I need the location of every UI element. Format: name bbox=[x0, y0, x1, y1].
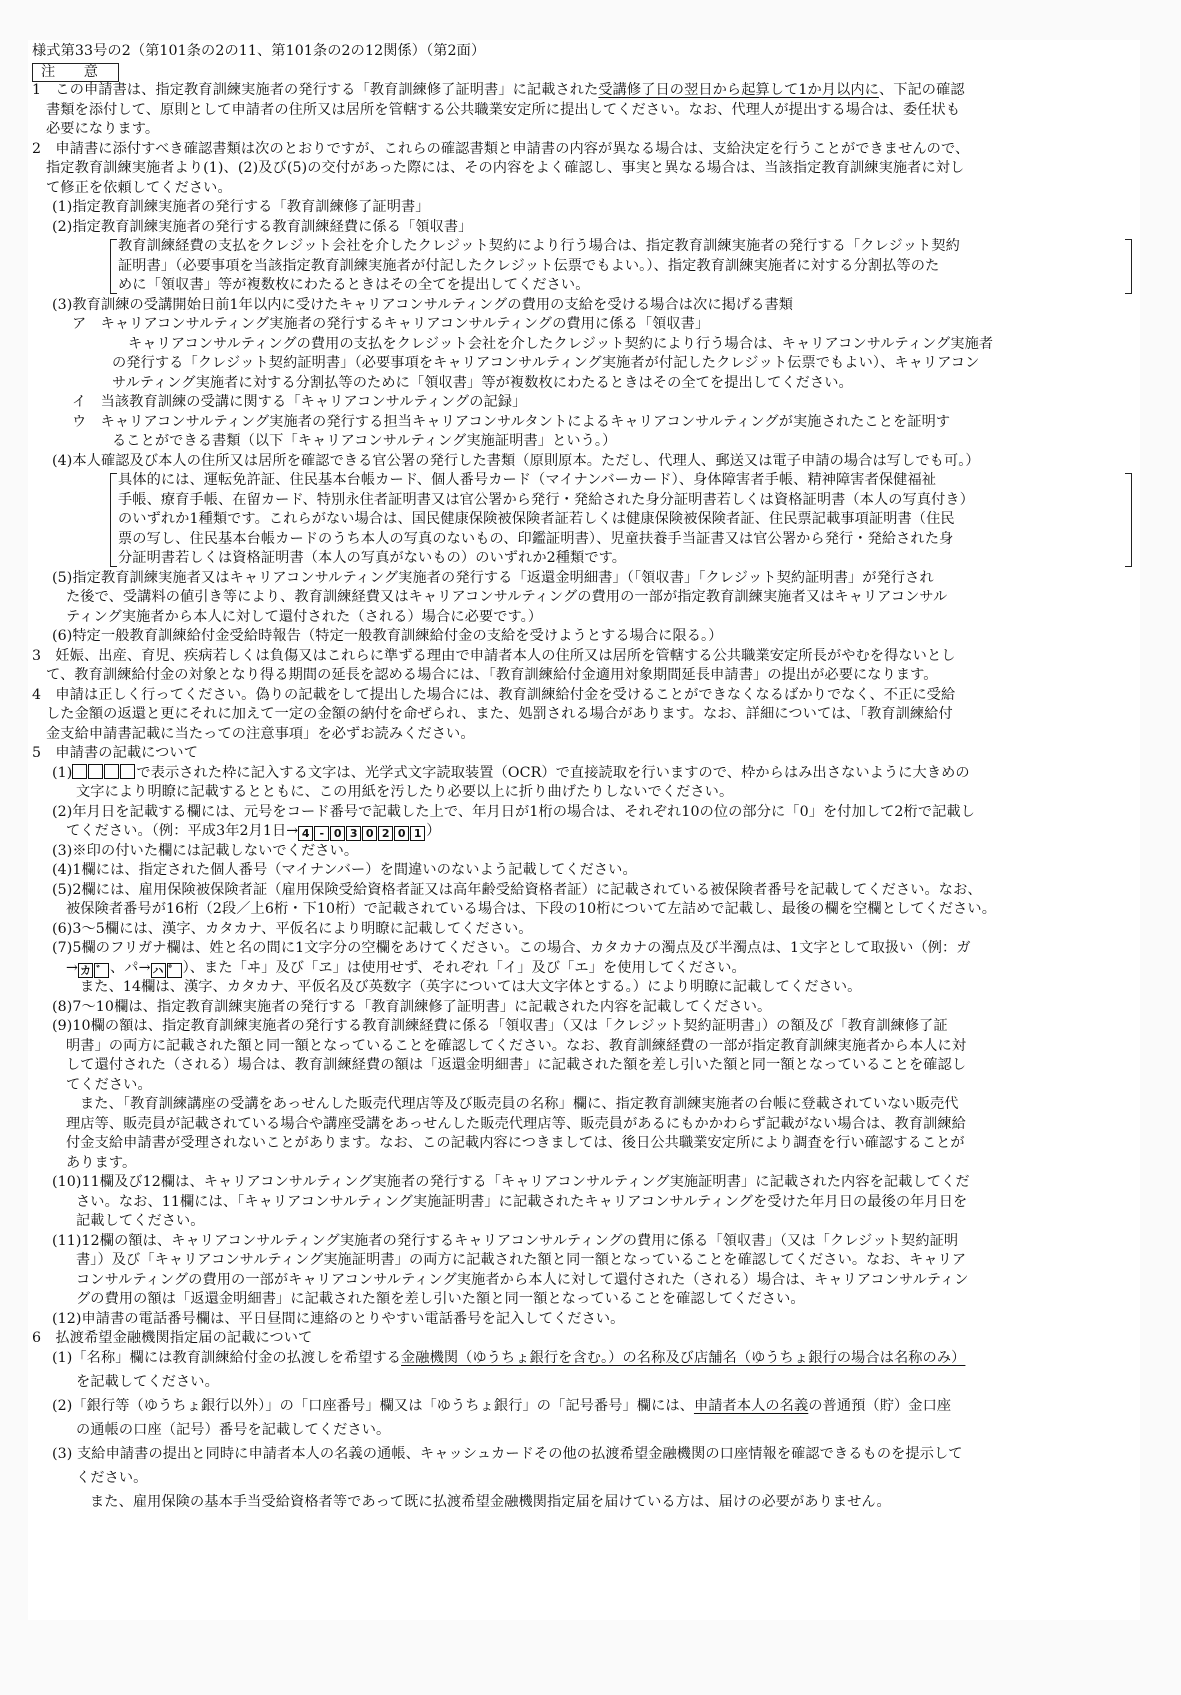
section2-item2-note: 教育訓練経費の支払をクレジット会社を介したクレジット契約により行う場合は、指定教… bbox=[118, 237, 1122, 296]
section5-item8: (8)7～10欄は、指定教育訓練実施者の発行する「教育訓練修了証明書」に記載され… bbox=[32, 998, 1136, 1018]
ocr-box-sample bbox=[72, 765, 136, 781]
section5-item2: (2)年月日を記載する欄には、元号をコード番号で記載した上で、年月日が1桁の場合… bbox=[32, 803, 1136, 823]
section2-item5: (5)指定教育訓練実施者又はキャリアコンサルティング実施者の発行する「返還金明細… bbox=[32, 569, 1136, 589]
section2-item6: (6)特定一般教育訓練給付金受給時報告（特定一般教育訓練給付金の支給を受けようと… bbox=[32, 627, 1136, 647]
section2-item3-a: ア キャリアコンサルティング実施者の発行するキャリアコンサルティングの費用に係る… bbox=[32, 315, 1136, 335]
section6-item1: (1)「名称」欄には教育訓練給付金の払渡しを希望する金融機関（ゆうちょ銀行を含む… bbox=[32, 1349, 1136, 1373]
section5-item7: (7)5欄のフリガナ欄は、姓と名の間に1文字分の空欄をあけてください。この場合、… bbox=[32, 939, 1136, 959]
document-page: 様式第33号の2（第101条の2の11、第101条の2の12関係）（第2面） 注… bbox=[28, 40, 1140, 1620]
section2-item4: (4)本人確認及び本人の住所又は居所を確認できる官公署の発行した書類（原則原本。… bbox=[32, 452, 1136, 472]
section2-item2: (2)指定教育訓練実施者の発行する教育訓練経費に係る「領収書」 bbox=[32, 218, 1136, 238]
section6-item2: (2)「銀行等（ゆうちょ銀行以外）」の「口座番号」欄又は「ゆうちょ銀行」の「記号… bbox=[32, 1397, 1136, 1421]
form-title: 様式第33号の2（第101条の2の11、第101条の2の12関係）（第2面） bbox=[32, 42, 1136, 62]
section4-line1: 4 申請は正しく行ってください。偽りの記載をして提出した場合には、教育訓練給付金… bbox=[32, 686, 1136, 706]
section5-item6: (6)3～5欄には、漢字、カタカナ、平仮名により明瞭に記載してください。 bbox=[32, 920, 1136, 940]
section5-title: 5 申請書の記載について bbox=[32, 744, 1136, 764]
section1-line3: 必要になります。 bbox=[32, 120, 1136, 140]
section5-item9: (9)10欄の額は、指定教育訓練実施者の発行する教育訓練経費に係る「領収書」（又… bbox=[32, 1017, 1136, 1037]
section2-item3-u: ウ キャリアコンサルティング実施者の発行する担当キャリアコンサルタントによるキャ… bbox=[32, 413, 1136, 433]
section2-item3-i: イ 当該教育訓練の受講に関する「キャリアコンサルティングの記録」 bbox=[32, 393, 1136, 413]
section2-line3: て修正を依頼してください。 bbox=[32, 179, 1136, 199]
section2-line2: 指定教育訓練実施者より(1)、(2)及び(5)の交付があった際には、その内容をよ… bbox=[32, 159, 1136, 179]
section1-line2: 書類を添付して、原則として申請者の住所又は居所を管轄する公共職業安定所に提出して… bbox=[32, 101, 1136, 121]
section2-item1: (1)指定教育訓練実施者の発行する「教育訓練修了証明書」 bbox=[32, 198, 1136, 218]
section3-line1: 3 妊娠、出産、育児、疾病若しくは負傷又はこれらに準ずる理由で申請者本人の住所又… bbox=[32, 647, 1136, 667]
section5-item3: (3)※印の付いた欄には記載しないでください。 bbox=[32, 842, 1136, 862]
section2-line1: 2 申請書に添付すべき確認書類は次のとおりですが、これらの確認書類と申請書の内容… bbox=[32, 140, 1136, 160]
section1-line1: 1 この申請書は、指定教育訓練実施者の発行する「教育訓練修了証明書」に記載された… bbox=[32, 81, 1136, 101]
section5-item5: (5)2欄には、雇用保険被保険者証（雇用保険受給資格者証又は高年齢受給資格者証）… bbox=[32, 881, 1136, 901]
section3-line2: て、教育訓練給付金の対象となり得る期間の延長を認める場合には、「教育訓練給付金適… bbox=[32, 666, 1136, 686]
section6-item3: (3) 支給申請書の提出と同時に申請者本人の名義の通帳、キャッシュカードその他の… bbox=[32, 1445, 1136, 1469]
section6-title: 6 払渡希望金融機関指定届の記載について bbox=[32, 1329, 1136, 1349]
section2-item3: (3)教育訓練の受講開始日前1年以内に受けたキャリアコンサルティングの費用の支給… bbox=[32, 296, 1136, 316]
section5-item10: (10)11欄及び12欄は、キャリアコンサルティング実施者の発行する「キャリアコ… bbox=[32, 1173, 1136, 1193]
section5-item12: (12)申請書の電話番号欄は、平日昼間に連絡のとりやすい電話番号を記入してくださ… bbox=[32, 1310, 1136, 1330]
section2-item4-note: 具体的には、運転免許証、住民基本台帳カード、個人番号カード（マイナンバーカード）… bbox=[118, 471, 1122, 569]
notice-label: 注 意 bbox=[32, 63, 119, 82]
date-example-boxes: 4-030201 bbox=[298, 823, 426, 839]
deadline-underlined: 受講修了日の翌日から起算して1か月以内に bbox=[598, 82, 879, 98]
document-content: 様式第33号の2（第101条の2の11、第101条の2の12関係）（第2面） 注… bbox=[32, 42, 1136, 1512]
section5-item4: (4)1欄には、指定された個人番号（マイナンバー）を間違いのないよう記載してくだ… bbox=[32, 861, 1136, 881]
section5-item11: (11)12欄の額は、キャリアコンサルティング実施者の発行するキャリアコンサルテ… bbox=[32, 1232, 1136, 1252]
section5-item1: (1)で表示された枠に記入する文字は、光学式文字読取装置（OCR）で直接読取を行… bbox=[32, 764, 1136, 784]
